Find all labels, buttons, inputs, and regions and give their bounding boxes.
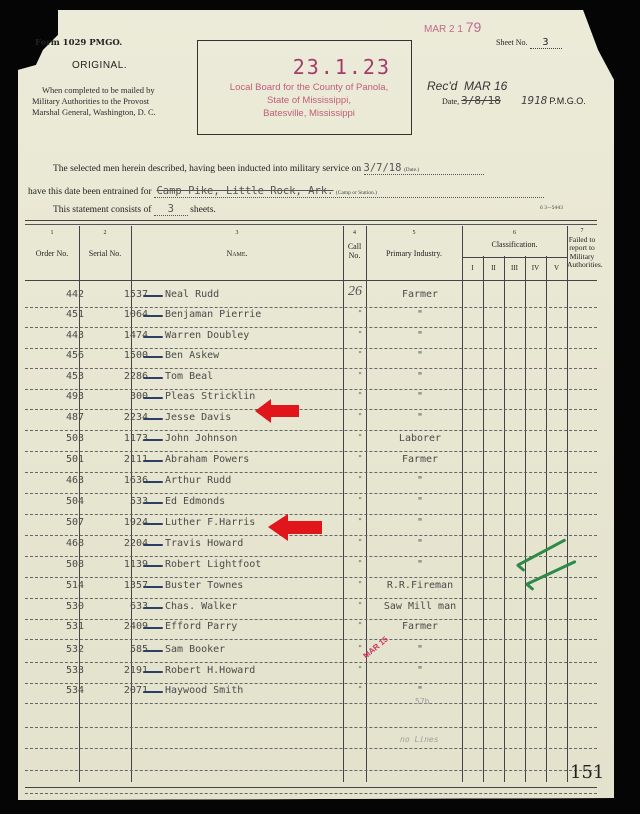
table-row — [25, 726, 597, 749]
primary-industry: " — [370, 538, 470, 549]
table-row: 4561500Ben Askew"" — [25, 346, 597, 369]
order-number: 453 — [42, 371, 84, 382]
col-header-industry: 5 Primary Industry. — [366, 229, 462, 258]
table-row — [25, 748, 597, 771]
recd-stamp: Rec'd MAR 16 — [427, 79, 507, 93]
faint-note: 57b — [415, 697, 429, 706]
order-number: 514 — [42, 580, 84, 591]
red-arrow-icon — [268, 514, 324, 542]
serial-number: 1139 — [100, 559, 148, 570]
serial-number: 1474 — [100, 330, 148, 341]
column-label: Name. — [131, 249, 343, 259]
order-number: 503 — [42, 433, 84, 444]
ink-check-mark — [143, 418, 163, 420]
ink-check-mark — [143, 481, 163, 483]
call-number: " — [350, 580, 370, 589]
order-number: 468 — [42, 538, 84, 549]
call-number: " — [350, 371, 370, 380]
destination-field: Camp Pike, Little Rock, Ark. (Camp or St… — [154, 185, 544, 198]
serial-number: 2191 — [100, 665, 148, 676]
column-label: Classification. — [462, 240, 567, 250]
board-line: Batesville, Mississippi — [214, 107, 404, 120]
serial-number: 1537 — [100, 289, 148, 300]
recd-month-day: MAR 16 — [464, 79, 507, 93]
recd-prefix: Rec'd — [427, 79, 457, 93]
table-row: 4872234Jesse Davis"" — [25, 408, 597, 431]
serial-number: 300 — [100, 391, 148, 402]
primary-industry: Saw Mill man — [370, 601, 470, 612]
sheet-value: 3 — [530, 37, 562, 49]
table-row: 5081139Robert Lightfoot"" — [25, 555, 597, 578]
call-number: " — [350, 412, 370, 421]
serial-number: 2071 — [100, 685, 148, 696]
primary-industry: " — [370, 330, 470, 341]
order-number: 443 — [42, 330, 84, 341]
serial-number: 2234 — [100, 412, 148, 423]
serial-number: 1173 — [100, 433, 148, 444]
column-number: 1 — [25, 229, 79, 239]
table-row: 4631636Arthur Rudd"" — [25, 471, 597, 494]
date-label: Date, — [442, 97, 459, 106]
call-number: " — [350, 559, 370, 568]
recd-year: 1918 — [521, 94, 548, 107]
stamp-number: 79 — [466, 19, 482, 35]
table-row: 5312409Efford Parry"Farmer — [25, 617, 597, 640]
sheet-count: 3 — [168, 203, 174, 215]
call-number: " — [350, 665, 370, 674]
stamp-date: MAR 2 1 — [424, 24, 463, 35]
destination-caption: (Camp or Station.) — [336, 190, 377, 196]
serial-number: 2286 — [100, 371, 148, 382]
class-i-header: I — [462, 264, 483, 274]
inductee-name: Buster Townes — [165, 580, 243, 591]
inductee-name: Haywood Smith — [165, 685, 243, 696]
primary-industry: Laborer — [370, 433, 470, 444]
order-number: 442 — [42, 289, 84, 300]
column-label: Failed to report to Military Authorities… — [567, 236, 597, 270]
serial-number: 1924 — [100, 517, 148, 528]
call-number: " — [350, 350, 370, 359]
call-number-handwritten: 26 — [348, 284, 362, 300]
col-header-classification: 6 Classification. — [462, 229, 567, 258]
column-label: Primary Industry. — [366, 249, 462, 259]
ink-check-mark — [143, 565, 163, 567]
table-row — [25, 705, 597, 728]
statement-text: The selected men herein described, havin… — [53, 164, 361, 174]
call-number: " — [350, 309, 370, 318]
ink-check-mark — [143, 460, 163, 462]
instruction-line: Marshal General, Washington, D. C. — [32, 107, 192, 118]
statement-text: This statement consists of — [53, 205, 151, 215]
table-bottom-rule — [25, 787, 597, 788]
board-address: Local Board for the County of Panola, St… — [214, 81, 404, 120]
call-number: " — [350, 601, 370, 610]
order-number: 531 — [42, 621, 84, 632]
primary-industry: Farmer — [370, 454, 470, 465]
ink-check-mark — [143, 586, 163, 588]
order-number: 451 — [42, 309, 84, 320]
class-iii-header: III — [504, 264, 525, 274]
induction-date-field: 3/7/18 (Date.) — [364, 162, 484, 175]
inductee-name: Ed Edmonds — [165, 496, 225, 507]
destination: Camp Pike, Little Rock, Ark. — [156, 185, 333, 197]
header-bottom-rule — [25, 280, 597, 281]
table-row — [25, 771, 597, 794]
order-number: 493 — [42, 391, 84, 402]
inductee-name: Benjaman Pierrie — [165, 309, 261, 320]
primary-industry: " — [370, 685, 470, 696]
serial-number: 2409 — [100, 621, 148, 632]
column-label: Order No. — [25, 249, 79, 259]
primary-industry: " — [370, 309, 470, 320]
primary-industry: " — [370, 475, 470, 486]
table-row: 4511064Benjaman Pierrie"" — [25, 305, 597, 328]
serial-number: 2111 — [100, 454, 148, 465]
ink-check-mark — [143, 691, 163, 693]
form-number: Form 1029 PMGO. — [35, 38, 122, 48]
ink-check-mark — [143, 315, 163, 317]
ink-check-mark — [143, 627, 163, 629]
ink-check-mark — [143, 377, 163, 379]
serial-number: 1357 — [100, 580, 148, 591]
inductee-name: Abraham Powers — [165, 454, 249, 465]
class-iv-header: IV — [525, 264, 546, 274]
table-row: 504533Ed Edmonds"" — [25, 492, 597, 515]
induction-statement: The selected men herein described, havin… — [53, 162, 484, 175]
entrained-statement: have this date been entrained for Camp P… — [28, 185, 544, 198]
ink-check-mark — [143, 671, 163, 673]
primary-industry: Farmer — [370, 289, 470, 300]
serial-number: 533 — [100, 496, 148, 507]
table-row: 5342071Haywood Smith"" — [25, 681, 597, 704]
call-number: " — [350, 391, 370, 400]
order-number: 533 — [42, 665, 84, 676]
call-number: " — [350, 454, 370, 463]
primary-industry: R.R.Fireman — [370, 580, 470, 591]
call-number: " — [350, 330, 370, 339]
column-number: 4 — [343, 229, 366, 239]
sheet-count-statement: This statement consists of 3 sheets. — [53, 203, 216, 216]
ink-check-mark — [143, 295, 163, 297]
original-label: ORIGINAL. — [72, 60, 127, 71]
call-number: " — [350, 475, 370, 484]
column-number: 6 — [462, 229, 567, 239]
primary-industry: " — [370, 559, 470, 570]
order-number: 501 — [42, 454, 84, 465]
inductee-name: Robert Lightfoot — [165, 559, 261, 570]
call-number: " — [350, 621, 370, 630]
inductee-name: Travis Howard — [165, 538, 243, 549]
order-number: 507 — [42, 517, 84, 528]
primary-industry: " — [370, 665, 470, 676]
ink-check-mark — [143, 356, 163, 358]
col-header-failed: 7 Failed to report to Military Authoriti… — [567, 227, 597, 270]
table-row: 5012111Abraham Powers"Farmer — [25, 450, 597, 473]
inductees-table: 1 Order No. 2 Serial No. 3 Name. 4 Call … — [25, 226, 597, 784]
call-number: " — [350, 517, 370, 526]
date-value: 3/8/18 — [461, 94, 501, 107]
order-number: 534 — [42, 685, 84, 696]
inductee-name: Jesse Davis — [165, 412, 231, 423]
inductee-name: Efford Parry — [165, 621, 237, 632]
class-v-header: V — [546, 264, 567, 274]
induction-date: 3/7/18 — [364, 162, 402, 174]
statement-text: have this date been entrained for — [28, 187, 152, 197]
serial-number: 2204 — [100, 538, 148, 549]
inductee-name: Ben Askew — [165, 350, 219, 361]
primary-industry: " — [370, 496, 470, 507]
ink-check-mark — [143, 607, 163, 609]
serial-number: 1636 — [100, 475, 148, 486]
order-number: 504 — [42, 496, 84, 507]
primary-industry: " — [370, 391, 470, 402]
ink-check-mark — [143, 650, 163, 652]
board-number: 23.1.23 — [293, 55, 391, 79]
serial-number: 1064 — [100, 309, 148, 320]
order-number: 532 — [42, 644, 84, 655]
column-label: Serial No. — [79, 249, 131, 259]
call-number: " — [350, 433, 370, 442]
inductee-name: Arthur Rudd — [165, 475, 231, 486]
instruction-line: Military Authorities to the Provost — [32, 96, 192, 107]
board-line: Local Board for the County of Panola, — [214, 81, 404, 94]
form-code: 6 3—5443 — [540, 206, 563, 211]
ink-check-mark — [143, 523, 163, 525]
board-line: State of Mississippi, — [214, 94, 404, 107]
order-number: 487 — [42, 412, 84, 423]
call-number: " — [350, 496, 370, 505]
order-number: 456 — [42, 350, 84, 361]
col-header-serial: 2 Serial No. — [79, 229, 131, 258]
serial-number: 633 — [100, 601, 148, 612]
ink-check-mark — [143, 544, 163, 546]
table-top-rule — [25, 220, 597, 225]
instruction-line: When completed to be mailed by — [32, 85, 192, 96]
ink-check-mark — [143, 397, 163, 399]
date-line: Date, 3/8/18 1918 P.M.G.O. — [442, 94, 586, 107]
inductee-name: Luther F.Harris — [165, 517, 255, 528]
page-number: 151 — [570, 762, 604, 783]
order-number: 508 — [42, 559, 84, 570]
primary-industry: " — [370, 644, 470, 655]
received-stamp-top: MAR 2 1 79 — [424, 19, 481, 35]
primary-industry: Farmer — [370, 621, 470, 632]
statement-text: sheets. — [190, 205, 216, 215]
ink-check-mark — [143, 336, 163, 338]
primary-industry: " — [370, 412, 470, 423]
table-row: 5141357Buster Townes"R.R.Fireman — [25, 576, 597, 599]
table-row: 532585Sam Booker"" — [25, 640, 597, 663]
sheet-number: Sheet No. 3 — [496, 37, 562, 49]
inductee-name: Pleas Stricklin — [165, 391, 255, 402]
inductee-name: Robert H.Howard — [165, 665, 255, 676]
table-row: 5031173John Johnson"Laborer — [25, 429, 597, 452]
col-header-name: 3 Name. — [131, 229, 343, 258]
serial-number: 585 — [100, 644, 148, 655]
col-header-order: 1 Order No. — [25, 229, 79, 258]
primary-industry: " — [370, 350, 470, 361]
inductee-name: Neal Rudd — [165, 289, 219, 300]
pmgo-label: P.M.G.O. — [549, 96, 585, 106]
order-number: 530 — [42, 601, 84, 612]
inductee-name: John Johnson — [165, 433, 237, 444]
class-ii-header: II — [483, 264, 504, 274]
local-board-stamp-box: 23.1.23 Local Board for the County of Pa… — [197, 40, 412, 135]
primary-industry: " — [370, 517, 470, 528]
column-number: 5 — [366, 229, 462, 239]
faint-note: no Lines — [400, 735, 439, 744]
column-number: 3 — [131, 229, 343, 239]
inductee-name: Tom Beal — [165, 371, 213, 382]
date-caption: (Date.) — [404, 167, 419, 173]
call-number: " — [350, 685, 370, 694]
serial-number: 1500 — [100, 350, 148, 361]
table-row: 493300Pleas Stricklin"" — [25, 387, 597, 410]
sheet-label: Sheet No. — [496, 38, 528, 47]
col-header-call: 4 Call No. — [343, 229, 366, 261]
column-label: Call No. — [343, 242, 366, 261]
mailing-instructions: When completed to be mailed by Military … — [32, 85, 192, 118]
inductee-name: Sam Booker — [165, 644, 225, 655]
order-number: 463 — [42, 475, 84, 486]
column-number: 2 — [79, 229, 131, 239]
ink-check-mark — [143, 502, 163, 504]
inductee-name: Chas. Walker — [165, 601, 237, 612]
red-arrow-icon — [255, 399, 301, 423]
ink-check-mark — [143, 439, 163, 441]
inductee-name: Warren Doubley — [165, 330, 249, 341]
primary-industry: " — [370, 371, 470, 382]
sheet-count-field: 3 — [154, 203, 188, 216]
call-number: " — [350, 538, 370, 547]
